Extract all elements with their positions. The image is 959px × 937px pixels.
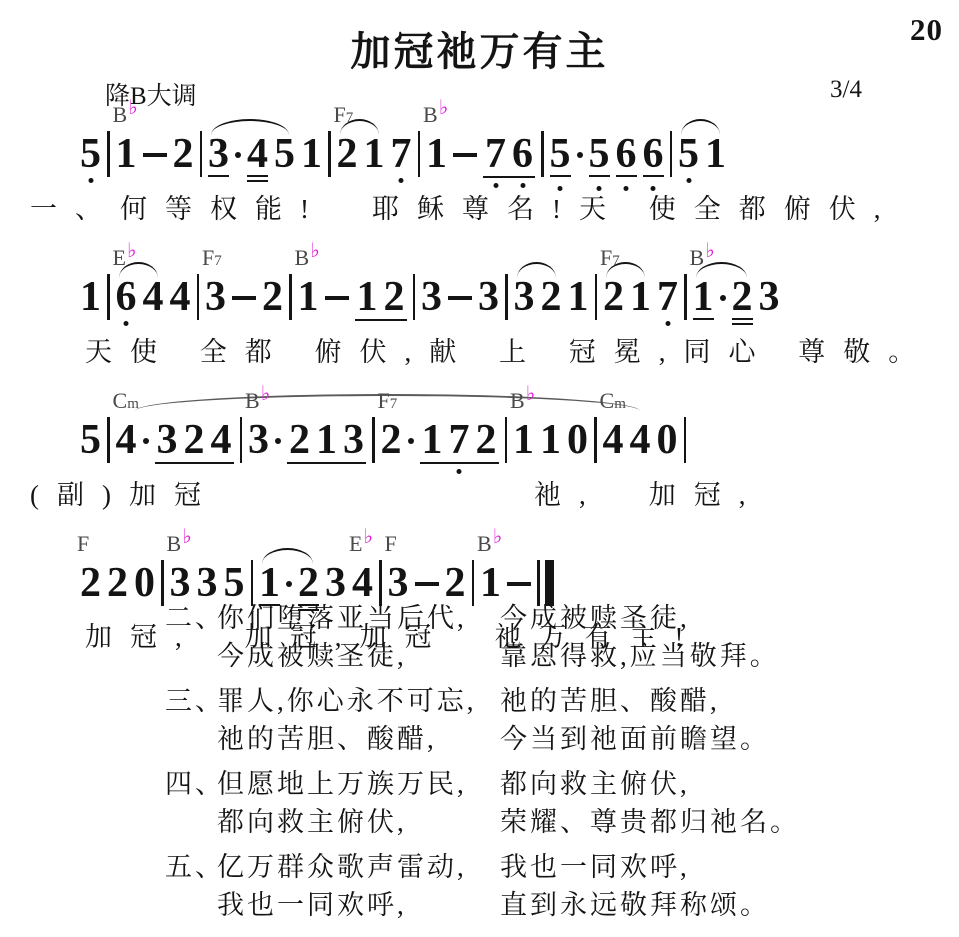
chord-label: Cm	[600, 390, 626, 415]
note: 3	[421, 277, 442, 317]
verse-row: 二、 你们堕落亚当后代, 今成被赎圣徒,	[165, 599, 800, 637]
barline	[505, 274, 508, 320]
note: 2	[384, 277, 405, 317]
note: 7	[485, 134, 506, 174]
note: 5	[80, 420, 101, 460]
verse-number: 二、	[165, 599, 217, 637]
note: 3	[514, 277, 535, 317]
time-signature-label: 3/4	[830, 76, 862, 104]
barline	[107, 274, 110, 320]
augmentation-dot	[275, 438, 281, 444]
low-octave-dot	[597, 186, 602, 191]
barline	[161, 560, 164, 606]
note: 1	[316, 420, 337, 460]
barline	[289, 274, 292, 320]
barline	[541, 131, 544, 177]
note: B♭1	[298, 277, 319, 317]
notation-line-2: 1E♭644F732B♭11233321F7217B♭123	[30, 277, 945, 321]
chord-label: B♭	[295, 247, 320, 270]
verse-text-left: 我也一同欢呼,	[217, 886, 500, 924]
note-number: 7	[391, 134, 412, 174]
verse-text-right: 靠恩得救,应当敬拜。	[500, 637, 780, 675]
note: 3	[208, 134, 229, 177]
note: E♭6	[116, 277, 137, 317]
augmentation-dot	[408, 438, 414, 444]
low-octave-dot	[124, 321, 129, 326]
note: 3	[343, 420, 364, 460]
note-number: 5	[550, 134, 571, 177]
verse-text-left: 你们堕落亚当后代,	[217, 599, 500, 637]
chord-label: B♭	[477, 533, 502, 556]
low-octave-dot	[558, 186, 563, 191]
note-number: 3	[208, 134, 229, 177]
note-number: 4	[116, 420, 137, 460]
verse-row: 我也一同欢呼, 直到永远敬拜称颂。	[165, 886, 800, 924]
augmentation-dot	[286, 581, 292, 587]
note: B♭1	[693, 277, 714, 320]
augmentation-dot	[720, 295, 726, 301]
note-number: 7	[449, 420, 470, 460]
note-number: 4	[247, 134, 268, 177]
chord-label: Cm	[113, 390, 139, 415]
music-system-1: 5B♭123451F7217B♭176556651 一、何等权能! 耶稣尊名!天…	[30, 134, 945, 247]
low-octave-dot	[686, 178, 691, 183]
music-system-3: 5Cm4324B♭3213F72172B♭110Cm440 (副)加冠 祂, 加…	[30, 420, 945, 533]
note-number: 3	[325, 563, 346, 603]
verse-text-left: 祂的苦胆、酸醋,	[217, 720, 500, 758]
note-number: 2	[603, 277, 624, 317]
chord-suffix: m	[614, 396, 626, 412]
verse-text-right: 今成被赎圣徒,	[500, 599, 690, 637]
chord-label: E♭	[113, 247, 137, 270]
note-number: 3	[388, 563, 409, 603]
note-number: 4	[211, 420, 232, 460]
flat-sign-icon: ♭	[128, 97, 137, 119]
verse-row: 五、 亿万群众歌声雷动, 我也一同欢呼,	[165, 848, 800, 886]
note: 1	[540, 420, 561, 460]
duration-dash	[325, 296, 349, 300]
note-number: 2	[732, 277, 753, 320]
note-number: 4	[143, 277, 164, 317]
barline	[505, 417, 508, 463]
note-number: 6	[643, 134, 664, 177]
note: 2	[262, 277, 283, 317]
note-number: 6	[116, 277, 137, 317]
beam-group: 213	[287, 420, 366, 464]
note: B♭1	[426, 134, 447, 174]
note-number: 2	[384, 277, 405, 317]
note-number: 0	[567, 420, 588, 460]
note: B♭3	[248, 420, 269, 460]
music-systems: 5B♭123451F7217B♭176556651 一、何等权能! 耶稣尊名!天…	[30, 104, 945, 680]
note: 4	[170, 277, 191, 317]
note-number: 3	[759, 277, 780, 317]
note-number: 4	[352, 563, 373, 603]
note-number: 1	[116, 134, 137, 174]
verse-row: 今成被赎圣徒, 靠恩得救,应当敬拜。	[165, 637, 800, 675]
verse-row: 四、 但愿地上万族万民, 都向救主俯伏,	[165, 765, 800, 803]
chord-label: F7	[378, 390, 398, 415]
note: 6	[643, 134, 664, 177]
chord-suffix: 7	[612, 253, 620, 269]
note: F3	[388, 563, 409, 603]
verse-text-left: 罪人,你心永不可忘,	[217, 682, 500, 720]
note-number: 3	[170, 563, 191, 603]
verse-number	[165, 720, 217, 758]
note-number: 6	[616, 134, 637, 177]
low-octave-dot	[665, 321, 670, 326]
augmentation-dot	[143, 438, 149, 444]
lyrics-line-2: 天使 全都 俯伏,献 上 冠冕,同心 尊敬。	[30, 330, 945, 369]
flat-sign-icon: ♭	[526, 383, 535, 405]
note: 2	[184, 420, 205, 460]
note-number: 2	[337, 134, 358, 174]
note: 5	[678, 134, 699, 174]
note-number: 0	[134, 563, 155, 603]
note: 3	[197, 563, 218, 603]
verse-text-right: 今当到祂面前瞻望。	[500, 720, 770, 758]
verse-number: 四、	[165, 765, 217, 803]
verse-text-left: 但愿地上万族万民,	[217, 765, 500, 803]
note: Cm4	[603, 420, 624, 460]
note-number: 1	[301, 134, 322, 174]
verse-text-left: 亿万群众歌声雷动,	[217, 848, 500, 886]
note: 3	[759, 277, 780, 317]
verse-text-right: 直到永远敬拜称颂。	[500, 886, 770, 924]
music-system-2: 1E♭644F732B♭11233321F7217B♭123 天使 全都 俯伏,…	[30, 277, 945, 390]
duration-dash	[453, 153, 477, 157]
note-number: 3	[421, 277, 442, 317]
rest-note: 0	[134, 563, 155, 603]
note-number: 3	[343, 420, 364, 460]
barline	[418, 131, 421, 177]
note: B♭3	[170, 563, 191, 603]
note-number: 5	[80, 134, 101, 174]
flat-sign-icon: ♭	[182, 526, 191, 548]
note: 1	[630, 277, 651, 317]
verse-row: 祂的苦胆、酸醋, 今当到祂面前瞻望。	[165, 720, 800, 758]
barline	[107, 417, 110, 463]
flat-sign-icon: ♭	[261, 383, 270, 405]
rest-note: 0	[657, 420, 678, 460]
flat-sign-icon: ♭	[310, 240, 319, 262]
note-number: 2	[80, 563, 101, 603]
sheet-music-page: 20 加冠祂万有主 降B大调 3/4 5B♭123451F7217B♭17655…	[0, 0, 959, 937]
note: 1	[80, 277, 101, 317]
notation-line-1: 5B♭123451F7217B♭176556651	[30, 134, 945, 178]
low-octave-dot	[399, 178, 404, 183]
note: B♭1	[513, 420, 534, 460]
note: 2	[476, 420, 497, 460]
note-number: 4	[603, 420, 624, 460]
page-title: 加冠祂万有主	[0, 20, 959, 77]
slur-group: E♭64	[116, 277, 164, 317]
verse-text-left: 都向救主俯伏,	[217, 803, 500, 841]
chord-label: F7	[334, 104, 354, 129]
verse-text-right: 祂的苦胆、酸醋,	[500, 682, 720, 720]
notation-line-3: 5Cm4324B♭3213F72172B♭110Cm440	[30, 420, 945, 464]
chord-label: B♭	[510, 390, 535, 413]
note-number: 2	[381, 420, 402, 460]
note-number: 1	[316, 420, 337, 460]
note: F72	[381, 420, 402, 460]
note: 2	[289, 420, 310, 460]
note-number: 4	[170, 277, 191, 317]
beam-group: 12	[355, 277, 407, 321]
slur-group: 345	[208, 134, 295, 177]
chord-label: B♭	[245, 390, 270, 413]
note-number: 2	[184, 420, 205, 460]
note-number: 1	[540, 420, 561, 460]
note-number: 2	[541, 277, 562, 317]
verse-text-right: 我也一同欢呼,	[500, 848, 690, 886]
note-number: 1	[422, 420, 443, 460]
note: 4	[211, 420, 232, 460]
barline	[107, 131, 110, 177]
note: 4	[247, 134, 268, 177]
note-number: 0	[657, 420, 678, 460]
note: 2	[173, 134, 194, 174]
note-number: 1	[693, 277, 714, 320]
note-number: 3	[197, 563, 218, 603]
note: 2	[445, 563, 466, 603]
note: F73	[205, 277, 226, 317]
verse-text-right: 荣耀、尊贵都归祂名。	[500, 803, 800, 841]
low-octave-dot	[88, 178, 93, 183]
note-number: 2	[289, 420, 310, 460]
flat-sign-icon: ♭	[363, 526, 372, 548]
chord-suffix: 7	[346, 110, 354, 126]
note-number: 3	[157, 420, 178, 460]
low-octave-dot	[457, 469, 462, 474]
note: 7	[449, 420, 470, 460]
note: 2	[541, 277, 562, 317]
slur-group: F721	[337, 134, 385, 174]
verse-number: 五、	[165, 848, 217, 886]
flat-sign-icon: ♭	[439, 97, 448, 119]
flat-sign-icon: ♭	[493, 526, 502, 548]
note-number: 1	[357, 277, 378, 317]
slur-group: F721	[603, 277, 651, 317]
low-octave-dot	[651, 186, 656, 191]
low-octave-dot	[624, 186, 629, 191]
slur-group: 51	[678, 134, 726, 174]
chord-suffix: m	[127, 396, 139, 412]
note-number: 3	[514, 277, 535, 317]
note: 1	[422, 420, 443, 460]
duration-dash	[232, 296, 256, 300]
note-number: 2	[262, 277, 283, 317]
note: 4	[630, 420, 651, 460]
verse-text-right: 都向救主俯伏,	[500, 765, 690, 803]
note: 3	[325, 563, 346, 603]
note: B♭1	[480, 563, 501, 603]
low-octave-dot	[493, 183, 498, 188]
note: F72	[337, 134, 358, 174]
verse-row: 三、 罪人,你心永不可忘, 祂的苦胆、酸醋,	[165, 682, 800, 720]
low-octave-dot	[520, 183, 525, 188]
verse-number: 三、	[165, 682, 217, 720]
chord-suffix: 7	[214, 253, 222, 269]
note-number: 5	[678, 134, 699, 174]
note: 6	[616, 134, 637, 177]
note: 1	[301, 134, 322, 174]
note-number: 5	[224, 563, 245, 603]
note-number: 2	[476, 420, 497, 460]
chord-label: B♭	[167, 533, 192, 556]
note: 4	[143, 277, 164, 317]
note-number: 7	[657, 277, 678, 317]
verse-text-left: 今成被赎圣徒,	[217, 637, 500, 675]
duration-dash	[448, 296, 472, 300]
note-number: 5	[589, 134, 610, 177]
barline	[594, 417, 597, 463]
flat-sign-icon: ♭	[127, 240, 136, 262]
note: 5	[550, 134, 571, 177]
beam-group: 324	[155, 420, 234, 464]
note: 7	[657, 277, 678, 317]
rest-note: 0	[567, 420, 588, 460]
note-number: 1	[426, 134, 447, 174]
note: F2	[80, 563, 101, 603]
note: 5	[80, 134, 101, 174]
note-number: 3	[478, 277, 499, 317]
duration-dash	[143, 153, 167, 157]
verse-number	[165, 637, 217, 675]
barline	[684, 417, 687, 463]
barline	[670, 131, 673, 177]
note-number: 2	[173, 134, 194, 174]
beam-group: 76	[483, 134, 535, 178]
chord-label: F7	[202, 247, 222, 272]
note: 2	[732, 277, 753, 320]
chord-label: B♭	[113, 104, 138, 127]
lyrics-line-1: 一、何等权能! 耶稣尊名!天 使全都俯伏,	[30, 187, 945, 226]
note-number: 5	[80, 420, 101, 460]
note: 1	[705, 134, 726, 174]
note-number: 1	[705, 134, 726, 174]
barline	[328, 131, 331, 177]
barline	[684, 274, 687, 320]
note-number: 7	[485, 134, 506, 174]
note-number: 2	[107, 563, 128, 603]
note: 3	[157, 420, 178, 460]
note: 3	[478, 277, 499, 317]
slur-group: 32	[514, 277, 562, 317]
note-number: 3	[248, 420, 269, 460]
barline	[372, 417, 375, 463]
duration-dash	[507, 582, 531, 586]
note-number: 1	[364, 134, 385, 174]
slur-group: B♭12	[693, 277, 753, 320]
barline	[240, 417, 243, 463]
chord-label: F	[77, 533, 89, 555]
duration-dash	[415, 582, 439, 586]
note: 1	[568, 277, 589, 317]
barline	[595, 274, 598, 320]
barline	[413, 274, 416, 320]
note: 1	[357, 277, 378, 317]
note-number: 1	[513, 420, 534, 460]
note-number: 6	[512, 134, 533, 174]
note: F72	[603, 277, 624, 317]
verse-number	[165, 886, 217, 924]
note: 1	[364, 134, 385, 174]
note: 5	[224, 563, 245, 603]
note-number: 1	[568, 277, 589, 317]
chord-label: E♭	[349, 533, 373, 556]
note-number: 2	[445, 563, 466, 603]
chord-label: F	[385, 533, 397, 555]
augmentation-dot	[235, 152, 241, 158]
lyrics-line-3: (副)加冠 祂, 加冠,	[30, 473, 945, 512]
note: 5	[274, 134, 295, 177]
note-number: 1	[480, 563, 501, 603]
beam-group: 172	[420, 420, 499, 464]
chord-suffix: 7	[390, 396, 398, 412]
note: E♭4	[352, 563, 373, 603]
flat-sign-icon: ♭	[705, 240, 714, 262]
chord-label: F7	[600, 247, 620, 272]
note: B♭1	[116, 134, 137, 174]
note: 6	[512, 134, 533, 174]
barline	[197, 274, 200, 320]
augmentation-dot	[577, 152, 583, 158]
note-number: 5	[274, 134, 295, 174]
note-number: 4	[630, 420, 651, 460]
note-number: 1	[80, 277, 101, 317]
note: 7	[391, 134, 412, 174]
note: 5	[589, 134, 610, 177]
chord-label: B♭	[423, 104, 448, 127]
note-number: 3	[205, 277, 226, 317]
note-number: 1	[630, 277, 651, 317]
note: 2	[107, 563, 128, 603]
verses-section: 二、 你们堕落亚当后代, 今成被赎圣徒, 今成被赎圣徒, 靠恩得救,应当敬拜。 …	[165, 599, 800, 924]
note-number: 1	[298, 277, 319, 317]
note: Cm4	[116, 420, 137, 460]
barline	[200, 131, 203, 177]
chord-label: B♭	[690, 247, 715, 270]
verse-number	[165, 803, 217, 841]
verse-row: 都向救主俯伏, 荣耀、尊贵都归祂名。	[165, 803, 800, 841]
